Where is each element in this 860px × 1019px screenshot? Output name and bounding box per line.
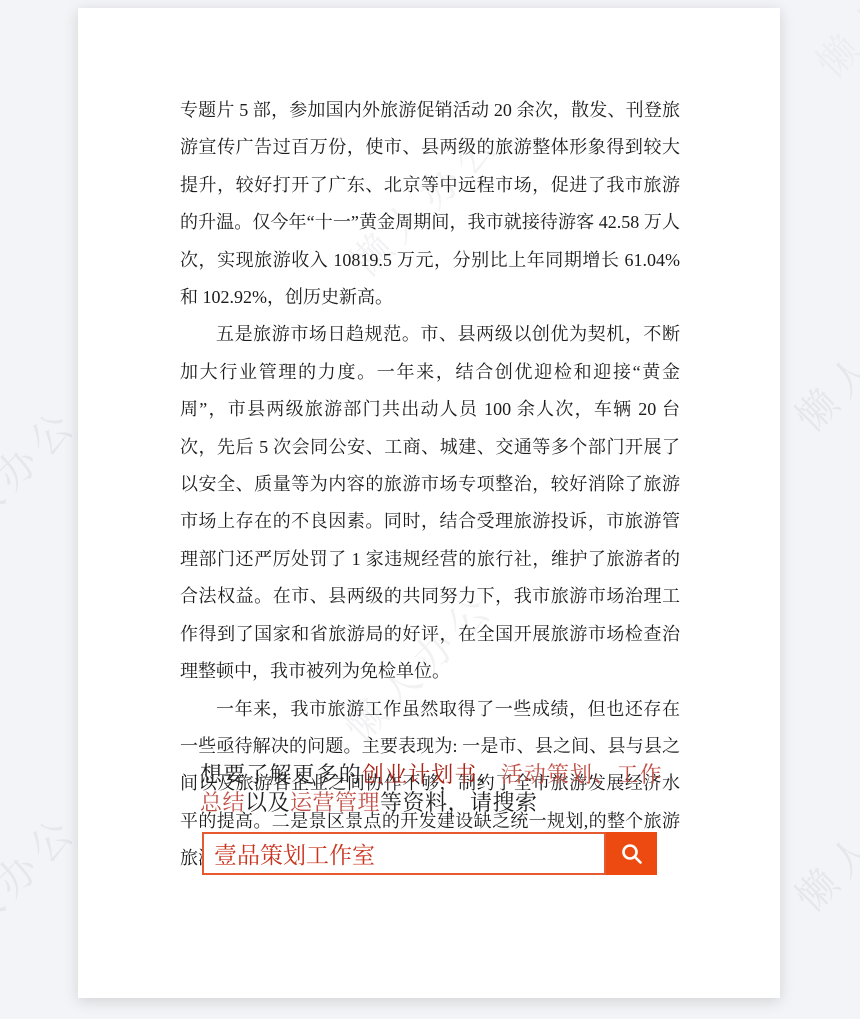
watermark-top-right: 懒人办公 xyxy=(802,0,860,89)
promo-segment: 等资料，请搜索 xyxy=(380,790,538,815)
paragraph-2: 五是旅游市场日趋规范。市、县两级以创优为契机，不断加大行业管理的力度。一年来，结… xyxy=(180,316,680,690)
watermark-right-mid: 懒人办公 xyxy=(781,267,860,443)
promo-link-business-plan: 创业计划书 xyxy=(362,762,478,787)
paragraph-1: 专题片 5 部，参加国内外旅游促销活动 20 余次，散发、刊登旅游宣传广告过百万… xyxy=(180,92,680,316)
screenshot-root: { "watermark": { "text": "懒人办公" }, "docu… xyxy=(0,0,860,1019)
watermark-left-mid: 懒人办公 xyxy=(0,393,89,569)
promo-link-operations-management: 运营管理 xyxy=(290,790,380,815)
promo-text: 想要了解更多的创业计划书、活动策划、工作总结以及运营管理等资料，请搜索 xyxy=(200,761,662,817)
promo-link-event-planning: 活动策划 xyxy=(501,762,594,787)
promo-segment: 以及 xyxy=(245,790,290,815)
search-input[interactable] xyxy=(202,832,606,875)
watermark-right-bottom: 懒人办公 xyxy=(781,747,860,923)
watermark-left-bottom: 懒人办公 xyxy=(0,800,89,976)
search-icon xyxy=(620,842,644,866)
document-page: 懒人办公 懒人办公 专题片 5 部，参加国内外旅游促销活动 20 余次，散发、刊… xyxy=(78,8,780,998)
promo-segment: 想要了解更多的 xyxy=(200,762,362,787)
promo-segment: 、 xyxy=(593,762,616,787)
promo-segment: 、 xyxy=(478,762,501,787)
body-text: 专题片 5 部，参加国内外旅游促销活动 20 余次，散发、刊登旅游宣传广告过百万… xyxy=(180,92,680,878)
search-button[interactable] xyxy=(606,832,657,875)
search-bar xyxy=(202,832,657,875)
